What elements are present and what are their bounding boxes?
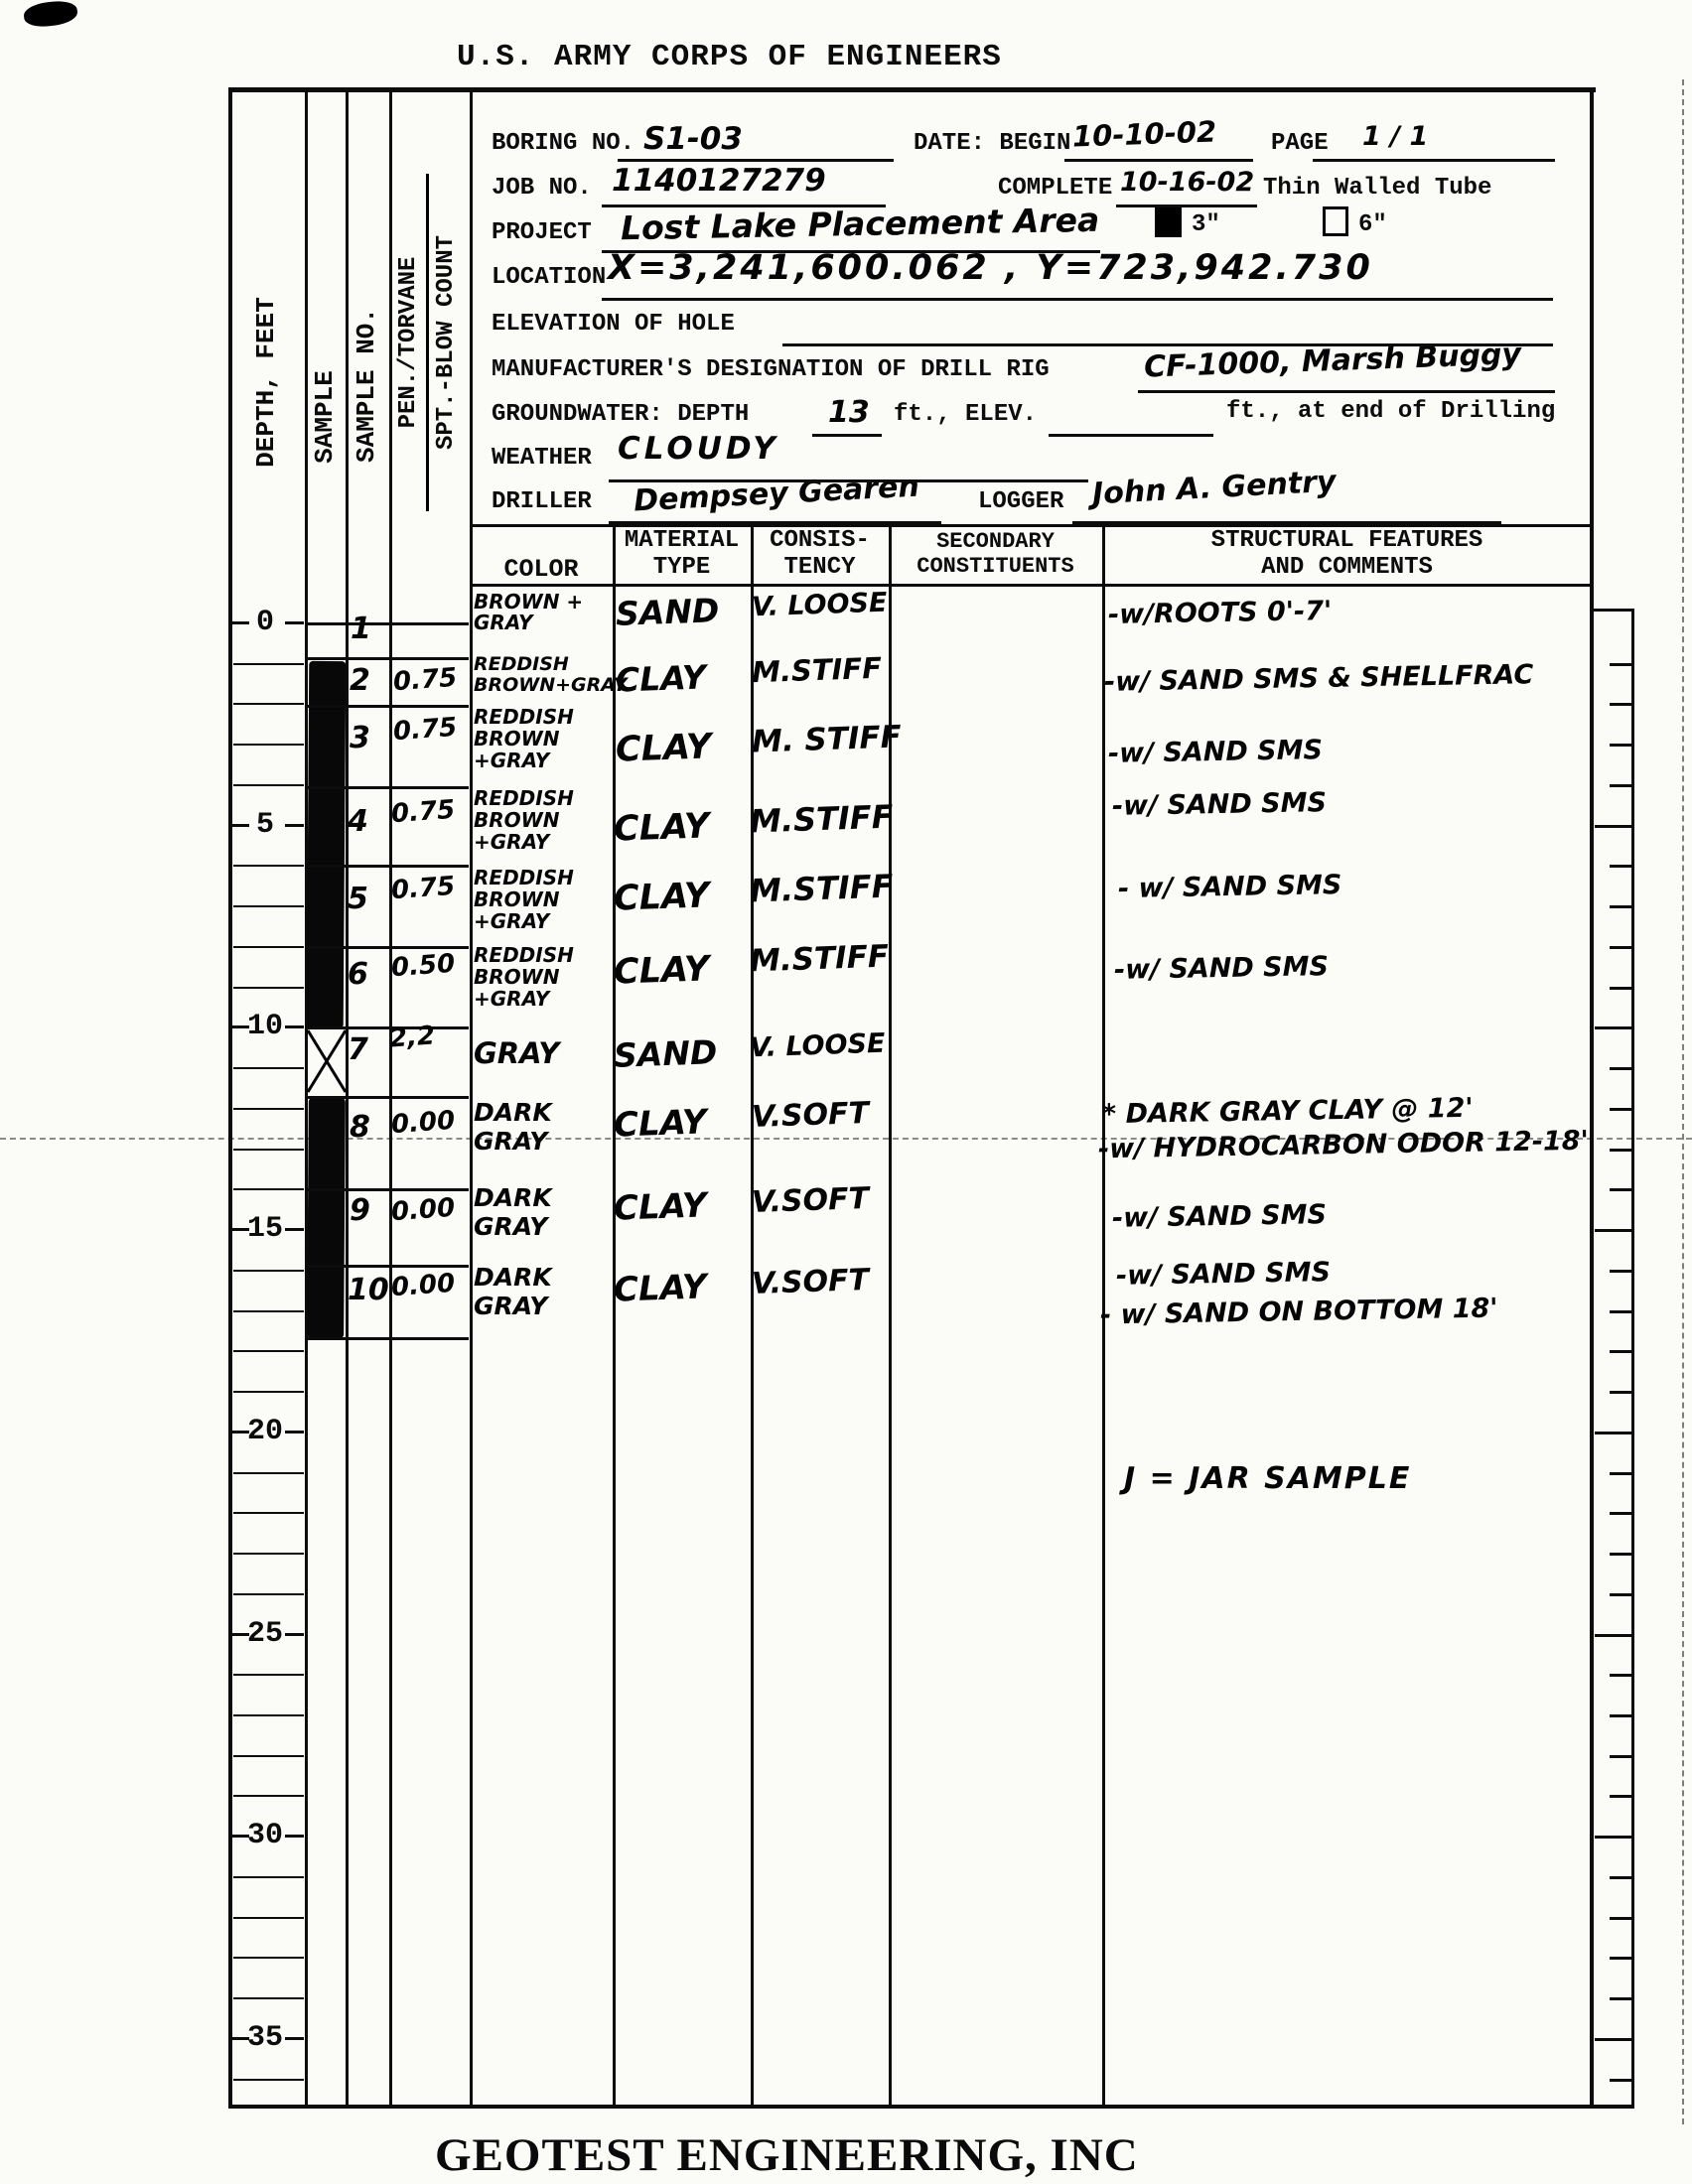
depth-label: 25 [244,1617,286,1651]
color-entry: BROWN [474,727,559,751]
row-separator-line [307,865,469,868]
depth-tick-line [233,987,304,989]
depth-tick-line [233,1149,304,1151]
right-scale-tick [1610,2079,1631,2082]
driller-value: Dempsey Gearen [633,469,919,518]
comment-entry: * DARK GRAY CLAY @ 12' [1102,1093,1474,1131]
right-scale-major-tick [1595,1634,1631,1637]
right-scale-tick [1610,905,1631,908]
consistency-entry: M. STIFF [751,719,902,759]
color-entry: REDDISH [474,786,574,810]
depth-tick-line [233,1795,304,1797]
sample-no-value: 1 [351,612,371,646]
grid-line [228,87,1596,92]
right-scale-tick [1610,1997,1631,2000]
sample-no-value: 8 [350,1110,370,1145]
depth-tick-line [233,1997,304,1999]
grid-line [1631,609,1634,2105]
column-header-consistency: CONSIS- TENCY [751,524,889,584]
depth-tick-line [233,1512,304,1514]
right-scale-major-tick [1595,2038,1631,2041]
depth-tick-line [233,744,304,746]
color-entry: GRAY [474,1212,547,1241]
underline [602,298,1553,301]
material-type-entry: CLAY [613,1267,707,1309]
underline [1064,159,1253,162]
depth-tick-line [233,1270,304,1272]
color-entry: BROWN [474,965,559,989]
project-label: PROJECT [492,219,592,246]
comment-entry: -w/ SAND SMS [1114,951,1329,986]
depth-tick-line [233,2079,304,2081]
right-scale-tick [1610,865,1631,868]
complete-label: COMPLETE [998,175,1112,202]
sample-no-column-label: SAMPLE NO. [348,266,385,504]
consistency-entry: M.STIFF [749,867,894,909]
depth-label: 30 [244,1819,286,1852]
no-recovery-x-mark [306,1028,348,1094]
consistency-entry: V. LOOSE [750,1028,886,1064]
depth-tick-line [233,1957,304,1959]
material-type-entry: SAND [615,591,720,633]
right-scale-tick [1610,1553,1631,1556]
material-type-entry: CLAY [615,727,712,769]
comment-entry: -w/ROOTS 0'-7' [1108,596,1333,630]
color-entry: DARK [474,1263,552,1292]
color-entry: REDDISH [474,866,574,889]
sample-recovery-bar [307,1098,346,1338]
thin-walled-tube-label: Thin Walled Tube [1263,175,1491,202]
consistency-entry: V.SOFT [751,1263,869,1301]
structural-header-line1: STRUCTURAL FEATURES [1211,527,1483,554]
column-header-material: MATERIAL TYPE [613,524,751,584]
depth-label-dash [285,2037,304,2040]
boring-log-page: U.S. ARMY CORPS OF ENGINEERS GEOTEST ENG… [0,0,1692,2184]
consistency-entry: V.SOFT [751,1096,869,1135]
underline [602,205,886,207]
depth-tick-line [233,703,304,705]
boring-no-label: BORING NO. [492,130,634,157]
depth-tick-line [233,1674,304,1676]
right-scale-tick [1610,1917,1631,1920]
comment-entry: -w/ SAND SMS [1112,1199,1327,1234]
consistency-header-line1: CONSIS- [770,527,870,554]
groundwater-depth-value: 13 [828,395,870,430]
depth-tick-line [233,784,304,786]
right-scale-tick [1610,1067,1631,1070]
depth-label-dash [285,824,304,827]
drill-rig-label: MANUFACTURER'S DESIGNATION OF DRILL RIG [492,356,1050,383]
driller-label: DRILLER [492,488,592,515]
depth-label-dash [285,621,304,624]
right-scale-tick [1610,1270,1631,1273]
underline [1313,159,1555,162]
right-scale-major-tick [1595,1836,1631,1839]
location-value: X=3,241,600.062 , Y=723,942.730 [608,248,1373,288]
right-scale-tick [1610,784,1631,787]
weather-label: WEATHER [492,445,592,472]
comment-entry: - w/ SAND ON BOTTOM 18' [1100,1294,1498,1331]
pen-torvane-value: 0.00 [390,1269,456,1302]
sample-no-value: 4 [348,804,368,839]
tube-3in-label: 3" [1192,211,1220,238]
right-scale-tick [1610,703,1631,706]
comment-entry: -w/ HYDROCARBON ODOR 12-18' [1098,1126,1589,1165]
grid-line [751,524,754,2105]
right-scale-tick [1610,1512,1631,1515]
underline [602,250,1100,253]
color-entry: REDDISH [474,943,574,967]
color-entry: BROWN+GRAY [474,674,628,696]
color-entry: GRAY [474,1036,559,1070]
depth-tick-line [233,1876,304,1878]
right-scale-tick [1610,1714,1631,1717]
color-entry: DARK [474,1183,552,1212]
right-scale-tick [1610,1472,1631,1475]
job-no-value: 1140127279 [612,163,826,199]
consistency-entry: V. LOOSE [752,588,888,623]
depth-label: 10 [244,1010,286,1043]
company-footer: GEOTEST ENGINEERING, INC [435,2128,1139,2182]
comment-entry: - w/ SAND SMS [1118,870,1342,904]
depth-label-dash [285,1025,304,1028]
pen-torvane-value: 0.75 [392,713,458,747]
grid-line [470,87,473,2105]
pen-torvane-column-label: PEN./TORVANE SPT.-BLOW COUNT [391,174,467,511]
tube-3in-checkbox-checked [1155,205,1182,237]
color-entry: REDDISH [474,653,569,675]
right-scale-tick [1610,1876,1631,1879]
color-entry: +GRAY [474,909,549,933]
depth-tick-line [233,1310,304,1312]
right-scale-major-tick [1595,1026,1631,1029]
pen-torvane-value: 2,2 [388,1021,436,1053]
depth-tick-line [233,1593,304,1595]
logger-value: John A. Gentry [1091,465,1337,512]
color-entry: REDDISH [474,705,574,729]
depth-label: 15 [244,1212,286,1246]
pen-torvane-value: 0.00 [390,1193,456,1227]
color-entry: GRAY [474,1127,547,1156]
depth-tick-line [233,1391,304,1393]
elevation-label: ELEVATION OF HOLE [492,311,735,338]
depth-label: 0 [244,606,286,639]
sample-no-value: 5 [348,882,368,916]
depth-label: 20 [244,1415,286,1448]
page-title: U.S. ARMY CORPS OF ENGINEERS [457,40,1002,74]
depth-tick-line [233,1553,304,1555]
right-scale-tick [1610,1391,1631,1394]
right-scale-tick [1610,1795,1631,1798]
tube-6in-checkbox-empty [1323,206,1348,236]
depth-label: 35 [244,2021,286,2055]
material-type-entry: CLAY [613,806,710,849]
color-entry: +GRAY [474,749,549,772]
right-scale-tick [1610,1593,1631,1596]
right-scale-tick [1610,1310,1631,1313]
color-entry: BROWN [474,887,559,911]
page-value: 1 / 1 [1362,121,1428,152]
consistency-entry: M.STIFF [749,797,894,840]
right-scale-tick [1610,1350,1631,1353]
right-scale-tick [1610,1957,1631,1960]
sample-no-value: 10 [348,1273,389,1307]
job-no-label: JOB NO. [492,175,592,202]
pen-torvane-value: 0.00 [390,1106,456,1140]
row-separator-line [307,1188,469,1191]
consistency-entry: V.SOFT [751,1181,869,1220]
underline [782,343,1553,346]
color-entry: GRAY [474,611,532,634]
color-entry: BROWN [474,808,559,832]
comment-entry: -w/ SAND SMS & SHELLFRAC [1104,659,1534,698]
structural-header-line2: AND COMMENTS [1261,554,1433,581]
row-separator-line [307,786,469,789]
consistency-entry: M.STIFF [749,939,889,980]
column-header-structural: STRUCTURAL FEATURES AND COMMENTS [1102,524,1592,584]
pen-torvane-value: 0.75 [390,795,456,829]
complete-value: 10-16-02 [1120,167,1254,198]
date-begin-label: DATE: BEGIN [914,130,1070,157]
depth-label-dash [285,1431,304,1433]
row-separator-line [307,622,469,625]
pen-torvane-value: 0.50 [390,949,456,983]
depth-tick-line [233,946,304,948]
material-header-line1: MATERIAL [625,527,739,554]
right-scale-tick [1610,744,1631,747]
right-scale-tick [1610,1188,1631,1191]
comment-entry: -w/ SAND SMS [1112,787,1327,822]
weather-value: CLOUDY [618,431,779,467]
groundwater-end-label: ft., at end of Drilling [1226,398,1555,425]
material-type-entry: SAND [613,1032,718,1075]
sample-no-value: 7 [348,1032,368,1067]
color-entry: +GRAY [474,987,549,1011]
depth-tick-line [233,1472,304,1474]
material-type-entry: CLAY [613,1102,707,1145]
depth-tick-line [233,865,304,867]
secondary-header-line2: CONSTITUENTS [916,554,1073,579]
depth-tick-line [233,1108,304,1110]
right-scale-tick [1610,663,1631,666]
row-separator-line [307,705,469,708]
grid-line [1590,87,1594,2109]
material-type-entry: CLAY [615,657,706,699]
color-entry: DARK [474,1098,552,1127]
depth-tick-line [233,663,304,665]
material-type-entry: CLAY [613,949,710,992]
location-label: LOCATION [492,264,606,291]
underline [1049,434,1213,437]
underline [812,434,882,437]
row-separator-line [307,1337,469,1340]
date-begin-value: 10-10-02 [1071,114,1216,153]
underline [618,159,894,162]
comment-entry: -w/ SAND SMS [1108,735,1323,769]
logger-label: LOGGER [978,488,1063,515]
pen-torvane-label: PEN./TORVANE [391,174,429,511]
row-separator-line [307,1096,469,1099]
color-header-text: COLOR [503,555,578,584]
underline [1116,205,1257,207]
depth-column-label: DEPTH, FEET [247,253,285,511]
right-scale-tick [1610,1755,1631,1758]
underline [1138,390,1555,393]
column-header-secondary: SECONDARY CONSTITUENTS [889,524,1102,584]
depth-tick-line [233,1714,304,1716]
scan-artifact-blob [23,0,79,29]
depth-tick-line [233,905,304,907]
groundwater-elev-label: ft., ELEV. [894,401,1037,428]
right-scale-tick [1610,1149,1631,1152]
grid-line [228,87,232,2109]
consistency-entry: M.STIFF [751,651,882,690]
comment-entry: -w/ SAND SMS [1116,1257,1331,1292]
sample-recovery-bar [307,661,347,1028]
tube-6in-label: 6" [1358,211,1387,238]
grid-line [1592,609,1634,612]
page-label: PAGE [1271,130,1329,157]
right-scale-major-tick [1595,1229,1631,1232]
page-edge-line [1682,79,1684,2124]
depth-tick-line [233,1067,304,1069]
sample-column-label: SAMPLE [306,298,344,536]
depth-label-dash [285,1228,304,1231]
groundwater-label: GROUNDWATER: DEPTH [492,401,749,428]
sample-no-value: 9 [350,1193,370,1228]
sample-no-value: 6 [348,957,368,992]
grid-line [228,2105,1634,2109]
material-type-entry: CLAY [613,1185,707,1228]
row-separator-line [307,657,469,660]
sample-no-value: 2 [350,663,370,698]
pen-torvane-value: 0.75 [392,663,458,697]
depth-label-dash [285,1633,304,1636]
secondary-header-line1: SECONDARY [936,529,1055,554]
grid-line [889,524,892,2105]
right-scale-tick [1610,946,1631,949]
depth-tick-line [233,1755,304,1757]
right-scale-major-tick [1595,1432,1631,1434]
row-separator-line [307,1265,469,1268]
right-scale-major-tick [1595,825,1631,828]
jar-sample-note: J = JAR SAMPLE [1124,1461,1411,1496]
sample-no-value: 3 [350,721,370,755]
grid-line [470,584,1592,587]
material-header-line2: TYPE [653,554,711,581]
color-entry: +GRAY [474,830,549,854]
spt-blow-count-label: SPT.-BLOW COUNT [429,174,464,511]
depth-tick-line [233,1350,304,1352]
consistency-header-line2: TENCY [783,554,855,581]
right-scale-tick [1610,987,1631,990]
column-header-color: COLOR [470,524,613,590]
right-scale-tick [1610,1108,1631,1111]
boring-no-value: S1-03 [643,121,743,157]
right-scale-tick [1610,1674,1631,1677]
depth-label-dash [285,1835,304,1838]
pen-torvane-value: 0.75 [390,872,456,905]
depth-label: 5 [244,808,286,842]
underline [609,479,1088,482]
material-type-entry: CLAY [613,876,710,918]
depth-tick-line [233,1188,304,1190]
color-entry: GRAY [474,1292,547,1320]
depth-tick-line [233,1917,304,1919]
